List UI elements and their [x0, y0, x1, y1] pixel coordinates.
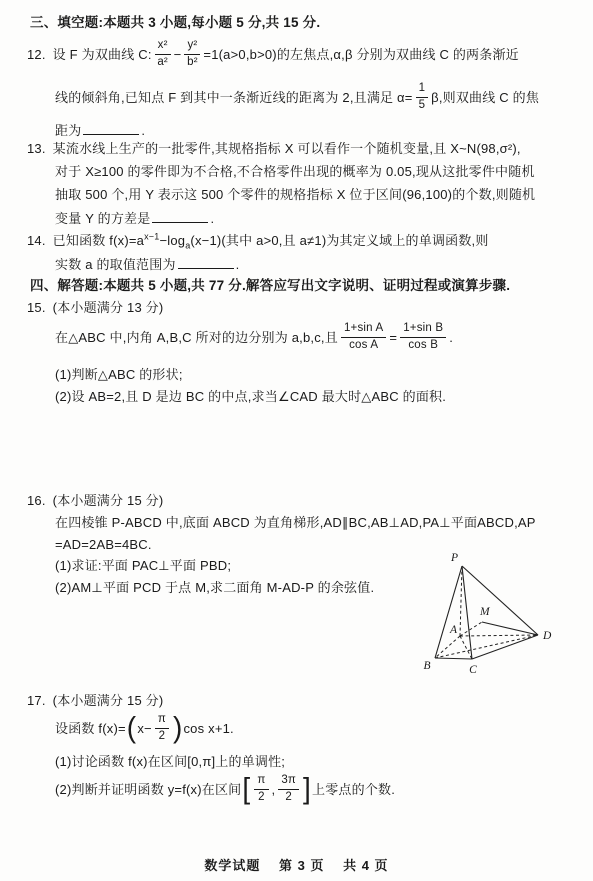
answer-blank — [83, 121, 139, 135]
comma: , — [272, 781, 276, 798]
vertex-label-D: D — [542, 630, 552, 642]
q13-line2: 对于 X≥100 的零件即为不合格,不合格零件出现的概率为 0.05,现从这批零… — [55, 163, 535, 180]
answer-blank — [178, 255, 234, 269]
fraction-pi-2: π2 — [155, 713, 169, 742]
q12-number: 12. — [27, 46, 46, 63]
left-paren: ( — [127, 713, 137, 742]
q14-text-a: 已知函数 f(x)=a — [53, 233, 144, 248]
fraction-sinA-cosA: 1+sin Acos A — [341, 322, 386, 351]
edge-CD — [472, 635, 538, 659]
q12-line1: 12. 设 F 为双曲线 C: x²a² − y²b² =1(a>0,b>0)的… — [27, 33, 519, 75]
vertex-label-C: C — [469, 664, 477, 676]
edge-BC — [435, 658, 472, 659]
q12-text-d: β,则双曲线 C 的焦 — [431, 89, 539, 106]
q16-part1: (1)求证:平面 PAC⊥平面 PBD; — [55, 557, 231, 574]
q17-text-d: 上零点的个数. — [312, 781, 395, 798]
q13-text-1: 某流水线上生产的一批零件,其规格指标 X 可以看作一个随机变量,且 X~N(98… — [53, 141, 521, 156]
q16-header: 16.(本小题满分 15 分) — [27, 492, 163, 509]
q16-title: (本小题满分 15 分) — [53, 493, 164, 508]
q12-text-a: 设 F 为双曲线 C: — [53, 46, 152, 63]
q16-line1: 在四棱锥 P-ABCD 中,底面 ABCD 为直角梯形,AD∥BC,AB⊥AD,… — [55, 514, 536, 531]
q15-title: (本小题满分 13 分) — [53, 300, 164, 315]
equals-sign: = — [389, 329, 397, 346]
edge-PD — [462, 566, 538, 635]
q16-part2: (2)AM⊥平面 PCD 于点 M,求二面角 M-AD-P 的余弦值. — [55, 579, 374, 596]
q13-line3: 抽取 500 个,用 Y 表示这 500 个零件的规格指标 X 位于区间(96,… — [55, 186, 535, 203]
q12-text-c: 线的倾斜角,已知点 F 到其中一条渐近线的距离为 2,且满足 α= — [55, 89, 413, 106]
q17-line1: 设函数 f(x)= ( x− π2 ) cos x+1. — [55, 706, 234, 750]
q17-number: 17. — [27, 693, 46, 708]
q14-period: . — [236, 257, 240, 272]
fraction-3pi-2: 3π2 — [278, 774, 299, 803]
q15-part2: (2)设 AB=2,且 D 是边 BC 的中点,求当∠CAD 最大时△ABC 的… — [55, 388, 446, 405]
left-bracket: [ — [242, 774, 250, 803]
fraction-pi-2: π2 — [254, 774, 268, 803]
q17-part2: (2)判断并证明函数 y=f(x)在区间 [ π2 , 3π2 ] 上零点的个数… — [55, 768, 395, 810]
q14-text-b: −log — [159, 233, 185, 248]
edge-PC — [462, 566, 472, 659]
q14-text-c: (x−1)(其中 a>0,且 a≠1)为其定义域上的单调函数,则 — [190, 233, 488, 248]
answer-blank — [152, 209, 208, 223]
q12-line2: 线的倾斜角,已知点 F 到其中一条渐近线的距离为 2,且满足 α= 15 β,则… — [55, 77, 539, 117]
q15-line1: 在△ABC 中,内角 A,B,C 所对的边分别为 a,b,c,且 1+sin A… — [55, 315, 453, 359]
minus-sign: − — [174, 46, 182, 63]
q13-line4: 变量 Y 的方差是. — [55, 209, 214, 227]
edge-PB — [435, 566, 462, 658]
q14-line2: 实数 a 的取值范围为. — [55, 255, 239, 273]
q15-part1: (1)判断△ABC 的形状; — [55, 366, 183, 383]
right-paren: ) — [173, 713, 183, 742]
vertex-label-P: P — [450, 552, 458, 564]
edge-BD-dashed — [435, 635, 538, 658]
vertex-label-M: M — [479, 606, 491, 618]
q13-number: 13. — [27, 141, 46, 156]
q17-inner: x− — [137, 720, 152, 737]
q14-text-d: 实数 a 的取值范围为 — [55, 257, 176, 272]
q13-line1: 13.某流水线上生产的一批零件,其规格指标 X 可以看作一个随机变量,且 X~N… — [27, 140, 521, 157]
fraction-sinB-cosB: 1+sin Bcos B — [400, 322, 446, 351]
q15-header: 15.(本小题满分 13 分) — [27, 299, 163, 316]
q15-period: . — [449, 329, 453, 346]
edge-AM-dashed — [460, 622, 482, 636]
q15-text-a: 在△ABC 中,内角 A,B,C 所对的边分别为 a,b,c,且 — [55, 329, 338, 346]
fraction-x2-a2: x²a² — [155, 39, 171, 68]
q14-number: 14. — [27, 233, 46, 248]
q14-exponent: x−1 — [144, 232, 159, 242]
q17-text-b: cos x+1. — [183, 720, 233, 737]
q13-text-4: 变量 Y 的方差是 — [55, 211, 150, 226]
q15-number: 15. — [27, 300, 46, 315]
q12-period: . — [141, 123, 145, 138]
fraction-1-5: 15 — [416, 82, 429, 111]
q13-period: . — [210, 211, 214, 226]
edge-MD — [482, 622, 538, 635]
q17-text-a: 设函数 f(x)= — [55, 720, 126, 737]
section3-heading: 三、填空题:本题共 3 小题,每小题 5 分,共 15 分. — [30, 14, 320, 31]
right-bracket: ] — [303, 774, 311, 803]
q16-line2: =AD=2AB=4BC. — [55, 536, 152, 553]
q12-text-e: 距为 — [55, 123, 81, 138]
q17-text-c: (2)判断并证明函数 y=f(x)在区间 — [55, 781, 241, 798]
q12-line3: 距为. — [55, 121, 145, 139]
q14-line1: 14.已知函数 f(x)=ax−1−loga(x−1)(其中 a>0,且 a≠1… — [27, 232, 489, 249]
section4-heading: 四、解答题:本题共 5 小题,共 77 分.解答应写出文字说明、证明过程或演算步… — [30, 277, 510, 294]
edge-PA-dashed — [460, 566, 462, 636]
q12-text-b: =1(a>0,b>0)的左焦点,α,β 分别为双曲线 C 的两条渐近 — [203, 46, 518, 63]
vertex-label-A: A — [449, 624, 458, 636]
pyramid-svg: P A B C D M — [407, 549, 563, 681]
page-footer: 数学试题 第 3 页 共 4 页 — [0, 855, 593, 874]
fraction-y2-b2: y²b² — [184, 39, 200, 68]
edge-AD-dashed — [460, 635, 538, 636]
pyramid-figure: P A B C D M — [407, 549, 563, 681]
q16-number: 16. — [27, 493, 46, 508]
vertex-label-B: B — [423, 660, 430, 672]
